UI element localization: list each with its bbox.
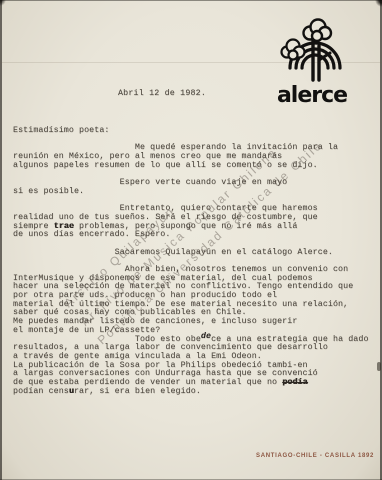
typed-text: de que estaba perdiendo de vender un mat… [13,378,282,387]
letter-date: Abril 12 de 1982. [118,89,206,98]
scan-ink-blot [377,362,381,371]
typed-text: resultados, a una larga labor de convenc… [13,343,328,352]
letter-line: algunos papeles resumen de lo que allí s… [13,162,373,171]
typed-text: Espero verte cuando viaje en mayo [13,178,287,187]
scan-edge-top [0,0,382,1]
typed-text: realidad uno de tus sueños. Será el ries… [13,213,318,222]
scanned-letter-page: Archivo QuilapayúnArchivo de Música Popu… [0,0,382,480]
scan-edge-left [0,0,2,480]
typed-text: a través de gente amiga vinculada a la E… [13,352,262,361]
alerce-logo: alerce [274,16,350,110]
scan-corner-smudge [373,0,382,7]
alerce-tree-icon [274,16,350,86]
typed-text: Ahora bien, nosotros tenemos un convenio… [13,265,348,274]
typed-text: por otra parte uds. producen o han produ… [13,291,277,300]
typed-text: podían cens [13,387,69,396]
letterhead-footer: SANTIAGO-CHILE - CASILLA 1892 [256,452,374,460]
typed-correction: podía [282,378,307,387]
typed-text: Sacaremos Quilapayún en el catálogo Aler… [13,248,333,257]
alerce-logo-wordmark: alerce [274,84,350,108]
letter-line: podían censurar, si era bien elegido. [13,388,373,397]
typed-correction: de [201,332,211,341]
typed-text: rar, si era bien elegido. [74,387,201,396]
letter-line: si es posible. [13,188,373,197]
letter-body: Estimadísimo poeta: Me quedé esperando l… [13,127,373,396]
typed-text: Entretanto, quiero contarte que haremos [13,204,318,213]
letter-line: Sacaremos Quilapayún en el catálogo Aler… [13,249,373,258]
typed-text: algunos papeles resumen de lo que allí s… [13,161,318,170]
typed-text: reunión en México, pero al menos creo qu… [13,152,282,161]
typed-text: Estimadísimo poeta: [13,126,110,135]
typed-text: si es posible. [13,187,84,196]
scan-corner-smudge [0,0,7,6]
typed-text: de unos días encerrado. Espero. [13,230,170,239]
typed-text: el montaje de un LP/cassette? [13,326,160,335]
typed-text: Me puedes mandar listado de canciones, e… [13,317,297,326]
typed-text: a largas conversaciones con Undurraga ha… [13,369,318,378]
letter-line: de unos días encerrado. Espero. [13,231,373,240]
letter-line: Estimadísimo poeta: [13,127,373,136]
